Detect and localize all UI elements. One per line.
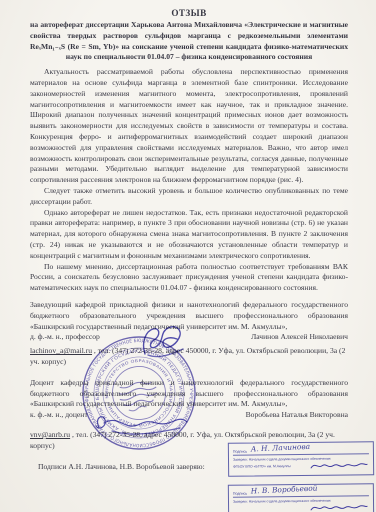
document-header: на автореферат диссертации Харькова Анто… (30, 20, 348, 63)
stamp1-org-text: ФГБОУ ВПО «БГПУ» им. М.Акмуллы (233, 464, 291, 469)
paragraph-conclusion: По нашему мнению, диссертационная работа… (30, 262, 348, 294)
certification-stamp-lachinov: Подпись А. Н. Лачинова Заверяю: Начальни… (228, 441, 374, 476)
paragraph-relevance: Актуальность рассматриваемой работы обус… (30, 67, 348, 186)
paragraph-shortcomings: Однако автореферат не лишен недостатков.… (30, 208, 348, 262)
stamp2-org-row (233, 505, 369, 512)
stamp1-org-row: ФГБОУ ВПО «БГПУ» им. М.Акмуллы (233, 463, 369, 473)
stamp2-signature-label: Подпись (233, 492, 247, 496)
scanned-review-document: ОТЗЫВ на автореферат диссертации Харьков… (0, 0, 376, 512)
stamp1-signed-name: А. Н. Лачинова (251, 443, 311, 454)
reviewer1-name: Лачинов Алексей Николаевич (251, 332, 348, 343)
stamp2-clerk-signature (309, 501, 369, 512)
reviewer2-email: vnv@anrb.ru (30, 430, 70, 439)
reviewer2-name: Воробьева Наталья Викторовна (246, 410, 348, 421)
stamp2-signed-name: Н. В. Воробьевой (251, 485, 318, 496)
reviewer1-signature (138, 324, 190, 358)
stamp1-signature-row: Подпись А. Н. Лачинова (233, 444, 369, 455)
certification-stamp-vorobyeva: Подпись Н. В. Воробьевой Заверяю: Началь… (228, 483, 374, 512)
reviewer2-signature (90, 412, 190, 438)
stamp2-signature-row: Подпись Н. В. Воробьевой (233, 486, 369, 497)
paragraph-publications: Следует также отметить высокий уровень и… (30, 186, 348, 208)
stamp1-clerk-signature (309, 459, 369, 472)
document-title: ОТЗЫВ (30, 7, 348, 19)
stamp1-signature-label: Подпись (233, 450, 247, 454)
